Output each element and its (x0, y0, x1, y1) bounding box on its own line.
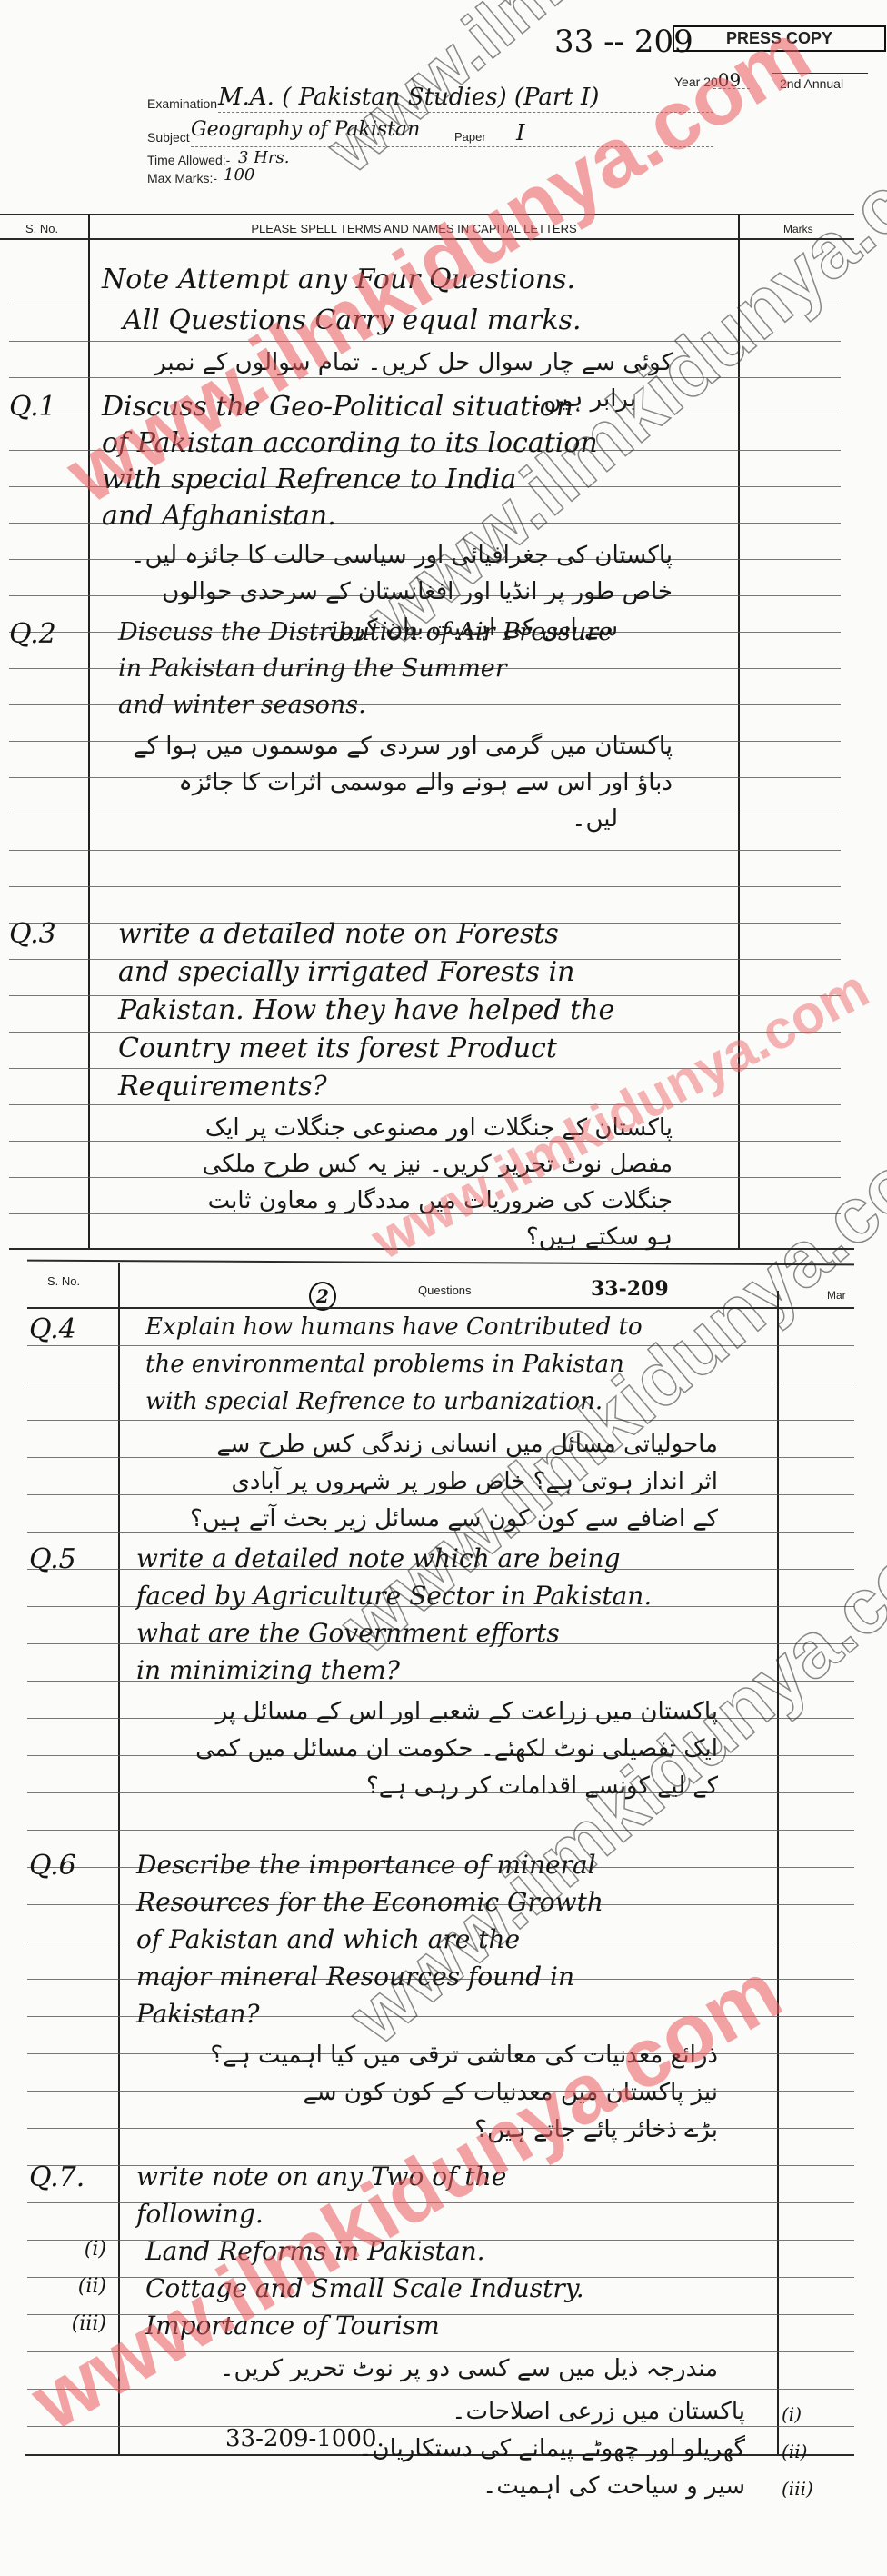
examination-label: Examination (147, 96, 217, 111)
question-line: major mineral Resources found in (136, 1962, 574, 1992)
max-marks-value: 100 (224, 165, 254, 185)
question-urdu-line: پاکستان کے جنگلات اور مصنوعی جنگلات پر ا… (127, 1114, 673, 1142)
question-urdu-line: جنگلات کی ضروریات میں مددگار و معاون ثاب… (127, 1187, 673, 1214)
ruled-line (27, 2389, 854, 2390)
question-urdu-line: دباؤ اور اس سے ہونے والے موسمی اثرات کا … (127, 769, 673, 796)
question-urdu-line: ایک تفصیلی نوٹ لکھئے۔ حکومت ان مسائل میں… (154, 1735, 718, 1762)
question-urdu-line: ذرائع معدنیات کی معاشی ترقی میں کیا اہمی… (154, 2042, 718, 2069)
sno-column-header-2: S. No. (47, 1274, 80, 1288)
option-number: (i) (56, 2238, 106, 2261)
question-line: Resources for the Economic Growth (136, 1887, 603, 1917)
marks-column-header: Marks (783, 223, 813, 235)
question-urdu-line: لیں۔ (127, 805, 618, 833)
question-line: Describe the importance of mineral (136, 1850, 596, 1880)
ruled-line (27, 2351, 854, 2352)
question-urdu-line: کے لیے کونسے اقدامات کر رہی ہے؟ (154, 1772, 718, 1800)
question-line: and winter seasons. (118, 691, 366, 719)
question-line: write a detailed note on Forests (118, 918, 559, 950)
question-urdu-line: ماحولیاتی مسائل میں انسانی زندگی کس طرح … (154, 1431, 718, 1458)
instructions-column-header: PLEASE SPELL TERMS AND NAMES IN CAPITAL … (89, 222, 739, 235)
ruled-line (27, 1345, 854, 1346)
question-number: Q.3 (9, 918, 56, 950)
option-line: Cottage and Small Scale Industry. (145, 2273, 584, 2303)
option-urdu-number: (iii) (782, 2478, 813, 2500)
question-line: write note on any Two of the (136, 2162, 506, 2192)
option-urdu-line: پاکستان میں زرعی اصلاحات۔ (273, 2398, 745, 2425)
question-line: Explain how humans have Contributed to (145, 1313, 643, 1341)
ruled-line (9, 1104, 841, 1105)
subject-value: Geography of Pakistan (191, 118, 420, 141)
time-allowed-value: 3 Hrs. (238, 148, 289, 167)
note-urdu-line: کوئی سے چار سوال حل کریں۔ تمام سوالوں کے… (127, 349, 673, 376)
question-urdu-line: پاکستان کی جغرافیائی اور سیاسی حالت کا ج… (127, 542, 673, 569)
max-marks-label: Max Marks:- (147, 171, 217, 185)
question-number: Q.5 (29, 1543, 76, 1575)
option-number: (ii) (56, 2275, 106, 2298)
question-urdu-line: مفصل نوٹ تحریر کریں۔ نیز یہ کس طرح ملکی (127, 1151, 673, 1178)
ruled-line (9, 1068, 841, 1069)
question-urdu-line: بڑے ذخائر پائے جاتے ہیں؟ (154, 2116, 718, 2143)
question-urdu-line: پاکستان میں زراعت کے شعبے اور اس کے مسائ… (154, 1698, 718, 1725)
question-line: Requirements? (118, 1071, 327, 1103)
ruled-line (9, 341, 841, 342)
option-line: Land Reforms in Pakistan. (145, 2236, 485, 2266)
questions-column-header: Questions (418, 1283, 472, 1297)
footer-code: 33-209-1000. (225, 2425, 384, 2452)
paper-label: Paper (454, 130, 486, 144)
question-urdu-line: نیز پاکستان میں معدنیات کے کون کون سے (154, 2079, 718, 2106)
ruled-line (9, 886, 841, 887)
question-line: Country meet its forest Product (118, 1033, 557, 1064)
question-urdu-line: مندرجہ ذیل میں سے کسی دو پر نوٹ تحریر کر… (154, 2355, 718, 2382)
question-number: Q.4 (29, 1313, 76, 1345)
ruled-line (27, 1420, 854, 1421)
question-line: with special Refrence to India (102, 464, 516, 495)
question-urdu-line: پاکستان میں گرمی اور سردی کے موسموں میں … (127, 733, 673, 760)
note-line: Note Attempt any Four Questions. (102, 264, 575, 295)
question-line: Pakistan. How they have helped the (118, 994, 614, 1026)
option-line: Importance of Tourism (145, 2311, 440, 2341)
time-allowed-label: Time Allowed:- (147, 153, 230, 167)
question-line: in Pakistan during the Summer (118, 654, 507, 683)
question-line: what are the Government efforts (136, 1618, 560, 1648)
paper-value: I (516, 120, 524, 145)
question-line: write a detailed note which are being (136, 1543, 621, 1573)
question-urdu-line: ہو سکتے ہیں؟ (127, 1223, 673, 1251)
question-urdu-line: خاص طور پر انڈیا اور افغانستان کے سرحدی … (127, 578, 673, 605)
option-number: (iii) (56, 2312, 106, 2335)
question-urdu-line: کے اضافے سے کون کون سے مسائل زیر بحث آتے… (154, 1505, 718, 1533)
option-urdu-number: (i) (782, 2403, 802, 2425)
question-number: Q.1 (9, 391, 56, 423)
year-label: Year 20 (674, 75, 718, 89)
sno-column-header: S. No. (25, 222, 58, 235)
option-urdu-number: (ii) (782, 2441, 807, 2462)
question-line: and specially irrigated Forests in (118, 956, 574, 988)
question-line: in minimizing them? (136, 1655, 400, 1685)
question-line: Pakistan? (136, 1999, 260, 2029)
question-line: of Pakistan and which are the (136, 1924, 520, 1954)
question-line: with special Refrence to urbanization. (145, 1388, 603, 1415)
examination-value: M.A. ( Pakistan Studies) (Part I) (218, 84, 599, 111)
question-line: and Afghanistan. (102, 500, 336, 532)
question-number: Q.6 (29, 1850, 76, 1882)
question-line: Discuss the Geo-Political situation (102, 391, 573, 423)
question-line: the environmental problems in Pakistan (145, 1351, 624, 1378)
marks-column-header-2: Mar (827, 1289, 846, 1302)
ruled-line (27, 2426, 854, 2427)
annual-label: 2nd Annual (780, 76, 843, 91)
question-number: Q.7. (29, 2162, 85, 2193)
ruled-line (27, 1383, 854, 1383)
option-urdu-line: سیر و سیاحت کی اہمیت۔ (273, 2472, 745, 2500)
note-line: All Questions Carry equal marks. (123, 305, 582, 336)
page2-paper-code: 33-209 (591, 1277, 669, 1301)
question-line: following. (136, 2199, 264, 2229)
question-line: of Pakistan according to its location (102, 427, 598, 459)
press-copy-badge: PRESS COPY (673, 25, 886, 52)
question-number: Q.2 (9, 618, 56, 650)
question-urdu-line: اثر انداز ہوتی ہے؟ خاص طور پر شہروں پر آ… (154, 1468, 718, 1495)
ruled-line (9, 377, 841, 378)
question-line: Discuss the Distribution of Air Pressure (118, 618, 613, 646)
question-line: faced by Agriculture Sector in Pakistan. (136, 1581, 652, 1611)
ruled-line (9, 850, 841, 851)
subject-label: Subject (147, 130, 190, 145)
ruled-line (27, 1830, 854, 1831)
